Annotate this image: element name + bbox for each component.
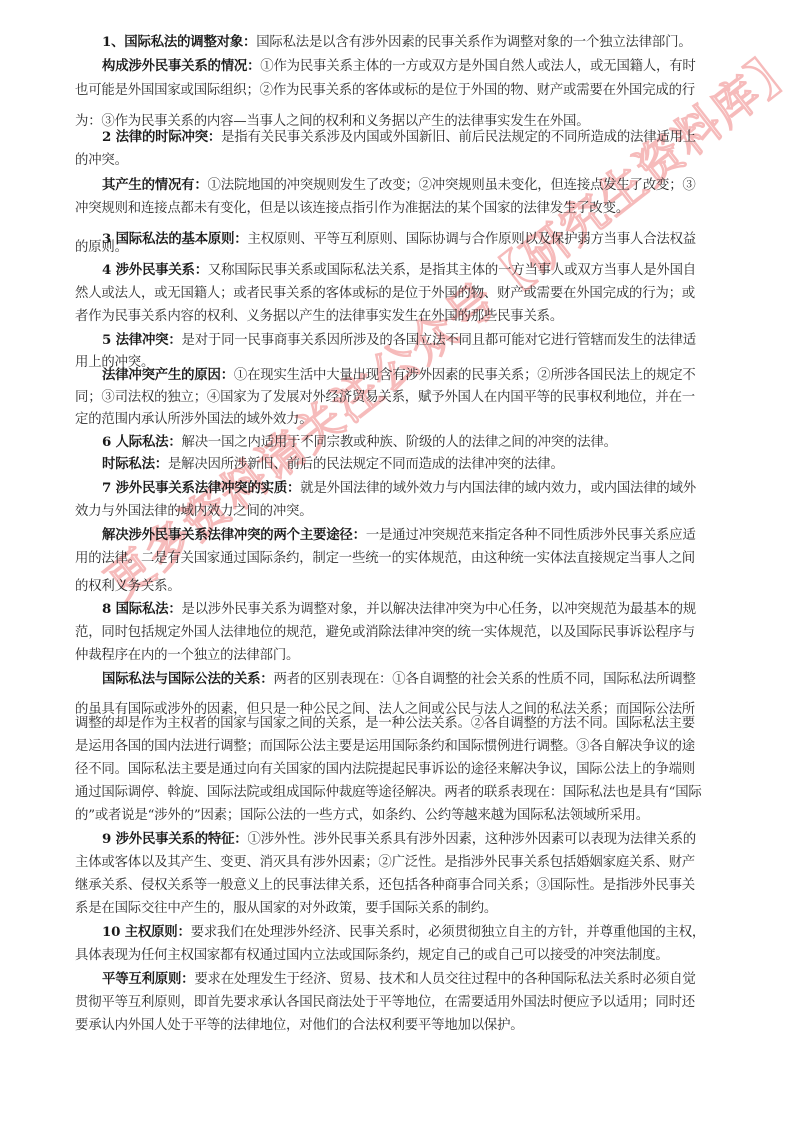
term-heading: 4 涉外民事关系： bbox=[102, 262, 208, 278]
text-line: 同；③司法权的独立；④国家为了发展对外经济贸易关系，赋予外国人在内国平等的民事权… bbox=[75, 389, 695, 405]
text-line: 8 国际私法：是以涉外民事关系为调整对象，并以解决法律冲突为中心任务，以冲突规范… bbox=[102, 601, 696, 617]
text-line: 4 涉外民事关系：又称国际民事关系或国际私法关系，是指其主体的一方当事人或双方当… bbox=[102, 262, 696, 278]
text-line: 1、国际私法的调整对象：国际私法是以含有涉外因素的民事关系作为调整对象的一个独立… bbox=[102, 34, 692, 50]
line-text: 的权利义务关系。 bbox=[75, 579, 181, 594]
line-text: 的冲突。 bbox=[75, 153, 128, 168]
line-text: 冲突规则和连接点都未有变化，但是以该连接点指引作为准据法的某个国家的法律发生了改… bbox=[75, 201, 629, 216]
term-heading: 平等互利原则： bbox=[102, 971, 194, 987]
line-text: 范，同时包括规定外国人法律地位的规范，避免或消除法律冲突的统一实体规范，以及国际… bbox=[75, 625, 695, 640]
term-heading: 1、国际私法的调整对象： bbox=[102, 34, 256, 50]
text-line: 构成涉外民事关系的情况：①作为民事关系主体的一方或双方是外国自然人或法人，或无国… bbox=[102, 58, 696, 74]
line-text: 径不同。国际私法主要是通过向有关国家的国内法院提起民事诉讼的途径来解决争议，国际… bbox=[75, 762, 695, 777]
text-line: 仲裁程序在内的一个独立的法律部门。 bbox=[75, 647, 299, 663]
term-heading: 国际私法与国际公法的关系： bbox=[102, 671, 273, 687]
text-line: 法律冲突产生的原因：①在现实生活中大量出现含有涉外因素的民事关系；②所涉各国民法… bbox=[102, 367, 696, 383]
line-text: 调整的却是作为主权者的国家与国家之间的关系，是一种公法关系。②各自调整的方法不同… bbox=[75, 716, 695, 731]
term-heading: 5 法律冲突： bbox=[102, 332, 182, 348]
line-text: 的”或者说是“涉外的”因素；国际公法的一些方式，如条约、公约等越来越为国际私法领… bbox=[75, 808, 649, 823]
text-line: 者作为民事关系内容的权利、义务据以产生的法律事实发生在外国的那些民事关系。 bbox=[75, 308, 563, 324]
text-line: 时际私法：是解决因所涉新旧、前后的民法规定不同而造成的法律冲突的法律。 bbox=[102, 456, 564, 472]
term-heading: 9 涉外民事关系的特征： bbox=[102, 831, 248, 847]
line-text: 是指有关民事关系涉及内国或外国新旧、前后民法规定的不同所造成的法律适用上 bbox=[221, 130, 696, 145]
text-line: 9 涉外民事关系的特征：①涉外性。涉外民事关系具有涉外因素，这种涉外因素可以表现… bbox=[102, 831, 696, 847]
text-line: 范，同时包括规定外国人法律地位的规范，避免或消除法律冲突的统一实体规范，以及国际… bbox=[75, 624, 695, 640]
term-heading: 8 国际私法： bbox=[102, 601, 182, 617]
text-line: 的”或者说是“涉外的”因素；国际公法的一些方式，如条约、公约等越来越为国际私法领… bbox=[75, 807, 649, 823]
text-line: 的权利义务关系。 bbox=[75, 578, 181, 594]
text-line: 用的法律。二是有关国家通过国际条约，制定一些统一的实体规范，由这种统一实体法直接… bbox=[75, 550, 695, 566]
term-heading: 10 主权原则： bbox=[102, 924, 191, 940]
line-text: ①涉外性。涉外民事关系具有涉外因素，这种涉外因素可以表现为法律关系的 bbox=[248, 832, 696, 847]
line-text: 的原则。 bbox=[75, 240, 128, 255]
text-line: 效力与外国法律的域内效力之间的冲突。 bbox=[75, 503, 312, 519]
text-line: 冲突规则和连接点都未有变化，但是以该连接点指引作为准据法的某个国家的法律发生了改… bbox=[75, 200, 629, 216]
term-heading: 6 人际私法： bbox=[102, 434, 182, 450]
line-text: 系是在国际交往中产生的，服从国家的对外政策，要手国际关系的制约。 bbox=[75, 901, 497, 916]
text-line: 的原则。 bbox=[75, 239, 128, 255]
line-text: 继承关系、侵权关系等一般意义上的民事法律关系，还包括各种商事合同关系；③国际性。… bbox=[75, 878, 695, 893]
term-heading: 时际私法： bbox=[102, 456, 168, 472]
text-line: 平等互利原则：要求在处理发生于经济、贸易、技术和人员交往过程中的各种国际私法关系… bbox=[102, 971, 696, 987]
term-heading: 构成涉外民事关系的情况： bbox=[102, 58, 260, 74]
text-line: 具体表现为任何主权国家都有权通过国内立法或国际条约，规定自己的或自己可以接受的冲… bbox=[75, 947, 669, 963]
line-text: 又称国际民事关系或国际私法关系，是指其主体的一方当事人或双方当事人是外国自 bbox=[208, 263, 696, 278]
line-text: ①作为民事关系主体的一方或双方是外国自然人或法人，或无国籍人，有时 bbox=[260, 59, 695, 74]
line-text: 国际私法是以含有涉外因素的民事关系作为调整对象的一个独立法律部门。 bbox=[256, 35, 691, 50]
text-line: 径不同。国际私法主要是通过向有关国家的国内法院提起民事诉讼的途径来解决争议，国际… bbox=[75, 761, 695, 777]
line-text: 效力与外国法律的域内效力之间的冲突。 bbox=[75, 504, 312, 519]
text-line: 然人或法人，或无国籍人；或者民事关系的客体或标的是位于外国的物、财产或需要在外国… bbox=[75, 285, 695, 301]
text-line: 继承关系、侵权关系等一般意义上的民事法律关系，还包括各种商事合同关系；③国际性。… bbox=[75, 877, 695, 893]
text-line: 是运用各国的国内法进行调整；而国际公法主要是运用国际条约和国际惯例进行调整。③各… bbox=[75, 738, 695, 754]
text-line: 7 涉外民事关系法律冲突的实质：就是外国法律的域外效力与内国法律的域内效力，或内… bbox=[102, 480, 696, 496]
text-line: 3 国际私法的基本原则：主权原则、平等互利原则、国际协调与合作原则以及保护弱方当… bbox=[102, 231, 696, 247]
line-text: 然人或法人，或无国籍人；或者民事关系的客体或标的是位于外国的物、财产或需要在外国… bbox=[75, 286, 695, 301]
line-text: 就是外国法律的域外效力与内国法律的域内效力，或内国法律的域外 bbox=[300, 481, 696, 496]
line-text: 也可能是外国国家或国际组织；②作为民事关系的客体或标的是位于外国的物、财产或需要… bbox=[75, 83, 695, 98]
term-heading: 法律冲突产生的原因： bbox=[102, 367, 234, 383]
line-text: 主体或客体以及其产生、变更、消灭具有涉外因素；②广泛性。是指涉外民事关系包括婚姻… bbox=[75, 855, 695, 870]
line-text: 贯彻平等互利原则，即首先要求承认各国民商法处于平等地位，在需要适用外国法时便应予… bbox=[75, 995, 695, 1010]
line-text: 具体表现为任何主权国家都有权通过国内立法或国际条约，规定自己的或自己可以接受的冲… bbox=[75, 948, 669, 963]
text-line: 系是在国际交往中产生的，服从国家的对外政策，要手国际关系的制约。 bbox=[75, 900, 497, 916]
text-line: 其产生的情况有：①法院地国的冲突规则发生了改变；②冲突规则虽未变化，但连接点发生… bbox=[102, 177, 696, 193]
text-line: 10 主权原则：要求我们在处理涉外经济、民事关系时，必须贯彻独立自主的方针，并尊… bbox=[102, 924, 705, 940]
text-line: 要承认内外国人处于平等的法律地位，对他们的合法权利要平等地加以保护。 bbox=[75, 1017, 523, 1033]
line-text: 是以涉外民事关系为调整对象，并以解决法律冲突为中心任务，以冲突规范为最基本的规 bbox=[182, 602, 696, 617]
line-text: 同；③司法权的独立；④国家为了发展对外经济贸易关系，赋予外国人在内国平等的民事权… bbox=[75, 390, 695, 405]
text-line: 的冲突。 bbox=[75, 152, 128, 168]
text-line: 通过国际调停、斡旋、国际法院或组成国际仲裁庭等途径解决。两者的联系表现在：国际私… bbox=[75, 784, 702, 800]
line-text: 是解决因所涉新旧、前后的民法规定不同而造成的法律冲突的法律。 bbox=[168, 457, 564, 472]
line-text: ①在现实生活中大量出现含有涉外因素的民事关系；②所涉各国民法上的规定不 bbox=[234, 368, 696, 383]
document-page: 更多资料请关注公众号【研究生资料库】 1、国际私法的调整对象：国际私法是以含有涉… bbox=[0, 0, 794, 1122]
text-line: 调整的却是作为主权者的国家与国家之间的关系，是一种公法关系。②各自调整的方法不同… bbox=[75, 715, 695, 731]
term-heading: 2 法律的时际冲突： bbox=[102, 129, 221, 145]
line-text: 是运用各国的国内法进行调整；而国际公法主要是运用国际条约和国际惯例进行调整。③各… bbox=[75, 739, 695, 754]
line-text: ①法院地国的冲突规则发生了改变；②冲突规则虽未变化，但连接点发生了改变；③ bbox=[208, 178, 696, 193]
line-text: 一是通过冲突规范来指定各种不同性质涉外民事关系应适 bbox=[366, 528, 696, 543]
text-line: 2 法律的时际冲突：是指有关民事关系涉及内国或外国新旧、前后民法规定的不同所造成… bbox=[102, 129, 696, 145]
text-line: 为：③作为民事关系的内容—当事人之间的权利和义务据以产生的法律事实发生在外国。 bbox=[75, 113, 589, 129]
text-line: 贯彻平等互利原则，即首先要求承认各国民商法处于平等地位，在需要适用外国法时便应予… bbox=[75, 994, 695, 1010]
line-text: 用的法律。二是有关国家通过国际条约，制定一些统一的实体规范，由这种统一实体法直接… bbox=[75, 551, 695, 566]
line-text: 仲裁程序在内的一个独立的法律部门。 bbox=[75, 648, 299, 663]
text-line: 6 人际私法：解决一国之内适用于不同宗教或种族、阶级的人的法律之间的冲突的法律。 bbox=[102, 434, 617, 450]
text-line: 国际私法与国际公法的关系：两者的区别表现在：①各自调整的社会关系的性质不同，国际… bbox=[102, 671, 696, 687]
line-text: 者作为民事关系内容的权利、义务据以产生的法律事实发生在外国的那些民事关系。 bbox=[75, 309, 563, 324]
line-text: 定的范围内承认所涉外国法的域外效力。 bbox=[75, 412, 312, 427]
line-text: 为：③作为民事关系的内容—当事人之间的权利和义务据以产生的法律事实发生在外国。 bbox=[75, 114, 589, 129]
term-heading: 7 涉外民事关系法律冲突的实质： bbox=[102, 480, 300, 496]
text-line: 定的范围内承认所涉外国法的域外效力。 bbox=[75, 411, 312, 427]
line-text: 要求在处理发生于经济、贸易、技术和人员交往过程中的各种国际私法关系时必须自觉 bbox=[194, 972, 695, 987]
text-line: 解决涉外民事关系法律冲突的两个主要途径：一是通过冲突规范来指定各种不同性质涉外民… bbox=[102, 527, 696, 543]
line-text: 解决一国之内适用于不同宗教或种族、阶级的人的法律之间的冲突的法律。 bbox=[182, 435, 617, 450]
text-line: 主体或客体以及其产生、变更、消灭具有涉外因素；②广泛性。是指涉外民事关系包括婚姻… bbox=[75, 854, 695, 870]
line-text: 要求我们在处理涉外经济、民事关系时，必须贯彻独立自主的方针，并尊重他国的主权， bbox=[191, 925, 705, 940]
line-text: 要承认内外国人处于平等的法律地位，对他们的合法权利要平等地加以保护。 bbox=[75, 1018, 523, 1033]
line-text: 主权原则、平等互利原则、国际协调与合作原则以及保护弱方当事人合法权益 bbox=[248, 232, 696, 247]
line-text: 通过国际调停、斡旋、国际法院或组成国际仲裁庭等途径解决。两者的联系表现在：国际私… bbox=[75, 785, 702, 800]
text-line: 也可能是外国国家或国际组织；②作为民事关系的客体或标的是位于外国的物、财产或需要… bbox=[75, 82, 695, 98]
term-heading: 解决涉外民事关系法律冲突的两个主要途径： bbox=[102, 527, 366, 543]
text-line: 5 法律冲突：是对于同一民事商事关系因所涉及的各国立法不同且都可能对它进行管辖而… bbox=[102, 332, 696, 348]
line-text: 是对于同一民事商事关系因所涉及的各国立法不同且都可能对它进行管辖而发生的法律适 bbox=[182, 333, 696, 348]
line-text: 两者的区别表现在：①各自调整的社会关系的性质不同，国际私法所调整 bbox=[273, 672, 695, 687]
term-heading: 其产生的情况有： bbox=[102, 177, 208, 193]
